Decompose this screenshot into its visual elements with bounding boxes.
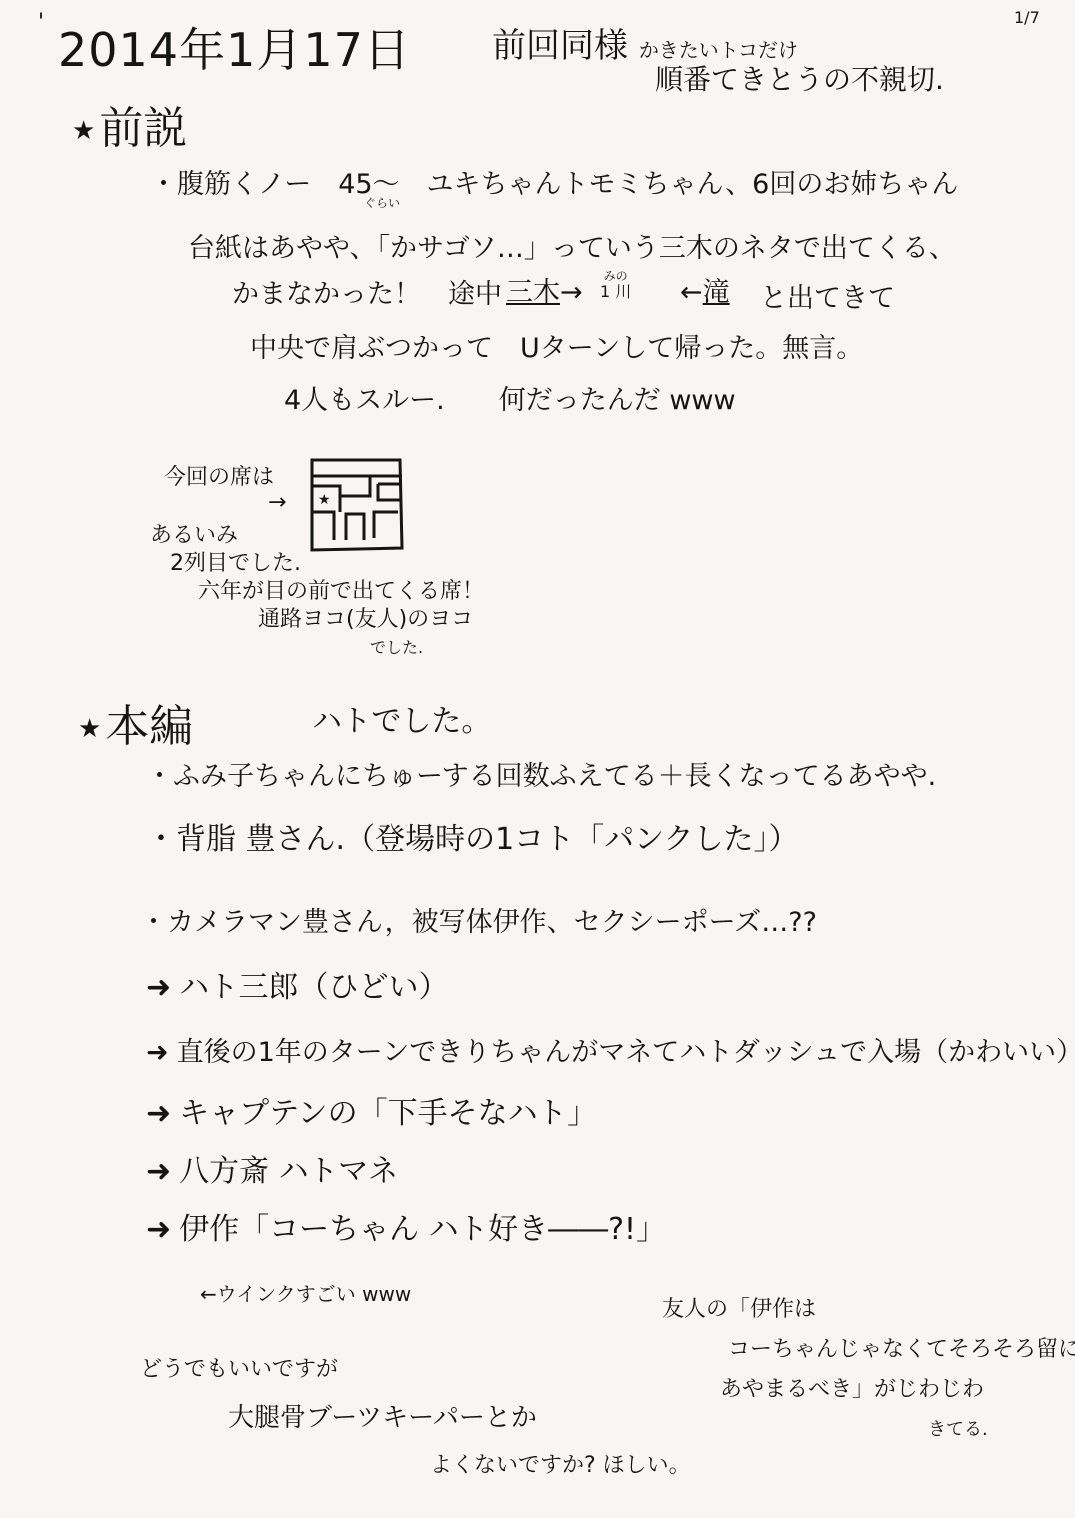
main-line-3: ・カメラマン豊さん，被写体伊作、セクシーポーズ…?? bbox=[140, 900, 817, 939]
seat-arrow-icon: → bbox=[268, 490, 286, 515]
closing-note-2: 大腿骨ブーツキーパーとか bbox=[228, 1394, 691, 1442]
notes-page: ' 2014年1月17日 前回同様 かきたいトコだけ 順番てきとうの不親切. 1… bbox=[0, 0, 1075, 1518]
arrow-right-icon: ➜ bbox=[146, 1096, 171, 1131]
prologue-line-2: 台紙はあやや、「かサゴソ…」っていう三木のネタで出てくる、 bbox=[188, 226, 956, 265]
arrow-item-4: ➜八方斎 ハトマネ bbox=[146, 1146, 398, 1190]
main-subtitle: ハトでした。 bbox=[312, 696, 491, 740]
diagram-left: 三木 bbox=[506, 277, 560, 308]
seat-note-2: 2列目でした. bbox=[170, 550, 484, 578]
page-number: 1/7 bbox=[1014, 8, 1040, 27]
date-heading: 2014年1月17日 bbox=[58, 14, 411, 80]
closing-note: どうでもいいですが 大腿骨ブーツキーパーとか よくないですか? ほしい。 bbox=[140, 1346, 691, 1490]
star-icon: ★ bbox=[78, 714, 101, 744]
arrow-right-icon: ➜ bbox=[146, 1037, 169, 1068]
seat-note-1: あるいみ bbox=[150, 522, 484, 550]
arrow-item-2: ➜直後の1年のターンできりちゃんがマネてハトダッシュで入場（かわいい） bbox=[146, 1030, 1075, 1069]
wink-note: ←ウインクすごい www bbox=[200, 1278, 411, 1307]
closing-note-3: よくないですか? ほしい。 bbox=[430, 1442, 691, 1490]
seat-note-4: 通路ヨコ(友人)のヨコ bbox=[258, 606, 484, 634]
seat-note-3: 六年が目の前で出てくる席！ bbox=[198, 578, 484, 606]
arrow-item-3: ➜キャプテンの「下手そなハト」 bbox=[146, 1088, 597, 1132]
approx-label: ぐらい bbox=[364, 194, 400, 211]
prologue-line-5: 中央で肩ぶつかって Uターンして帰った。無言。 bbox=[250, 326, 863, 365]
star-icon: ★ bbox=[72, 116, 95, 146]
header-note-main: 前回同様 bbox=[492, 26, 628, 66]
arrow-right-icon: ➜ bbox=[146, 1154, 171, 1189]
prologue-line-6: 4人もスルー. 何だったんだ www bbox=[284, 378, 736, 417]
diagram-middle: みの 1 川 bbox=[600, 268, 631, 300]
tick-mark: ' bbox=[38, 10, 44, 35]
arrow-item-5: ➜伊作「コーちゃん ハト好き――?!」 bbox=[146, 1204, 666, 1248]
arrow-right-icon: ➜ bbox=[146, 1212, 171, 1247]
arrow-right-icon: ➜ bbox=[146, 970, 171, 1005]
section-main-title: ★本編 bbox=[78, 690, 193, 754]
main-line-2: ・背脂 豊さん.（登場時の1コト「パンクした」） bbox=[146, 814, 799, 858]
friend-note: 友人の「伊作は コーちゃんじゃなくてそろそろ留に あやまるべき」がじわじわ きて… bbox=[662, 1290, 1075, 1450]
seat-note-5: でした. bbox=[370, 634, 484, 662]
prologue-line-3: かまなかった！ 途中 bbox=[232, 272, 502, 311]
closing-note-1: どうでもいいですが bbox=[140, 1346, 691, 1394]
entry-diagram-right: ←滝 bbox=[680, 270, 730, 309]
friend-note-1: 友人の「伊作は bbox=[662, 1290, 1075, 1330]
arrow-right-icon: → bbox=[560, 277, 583, 308]
arrow-left-icon: ← bbox=[680, 277, 703, 308]
prologue-line-1: ・腹筋くノー 45〜 ユキちゃんトモミちゃん、6回のお姉ちゃん bbox=[150, 162, 958, 201]
prologue-line-4: と出てきて bbox=[760, 276, 895, 315]
friend-note-2: コーちゃんじゃなくてそろそろ留に bbox=[728, 1330, 1075, 1370]
seat-notes: あるいみ 2列目でした. 六年が目の前で出てくる席！ 通路ヨコ(友人)のヨコ で… bbox=[150, 522, 484, 662]
arrow-item-1: ➜ハト三郎（ひどい） bbox=[146, 962, 449, 1006]
main-line-1: ・ふみ子ちゃんにちゅーする回数ふえてる＋長くなってるあやや. bbox=[146, 754, 936, 793]
entry-diagram: 三木→ bbox=[506, 270, 583, 309]
friend-note-3: あやまるべき」がじわじわ bbox=[720, 1370, 1075, 1410]
section-prologue-title: ★前説 bbox=[72, 92, 187, 156]
friend-note-4: きてる. bbox=[928, 1410, 1075, 1450]
header-note-line2: 順番てきとうの不親切. bbox=[655, 58, 944, 98]
diagram-right: 滝 bbox=[703, 277, 730, 308]
seat-star-icon: ★ bbox=[318, 492, 331, 508]
seat-label: 今回の席は bbox=[164, 464, 274, 492]
